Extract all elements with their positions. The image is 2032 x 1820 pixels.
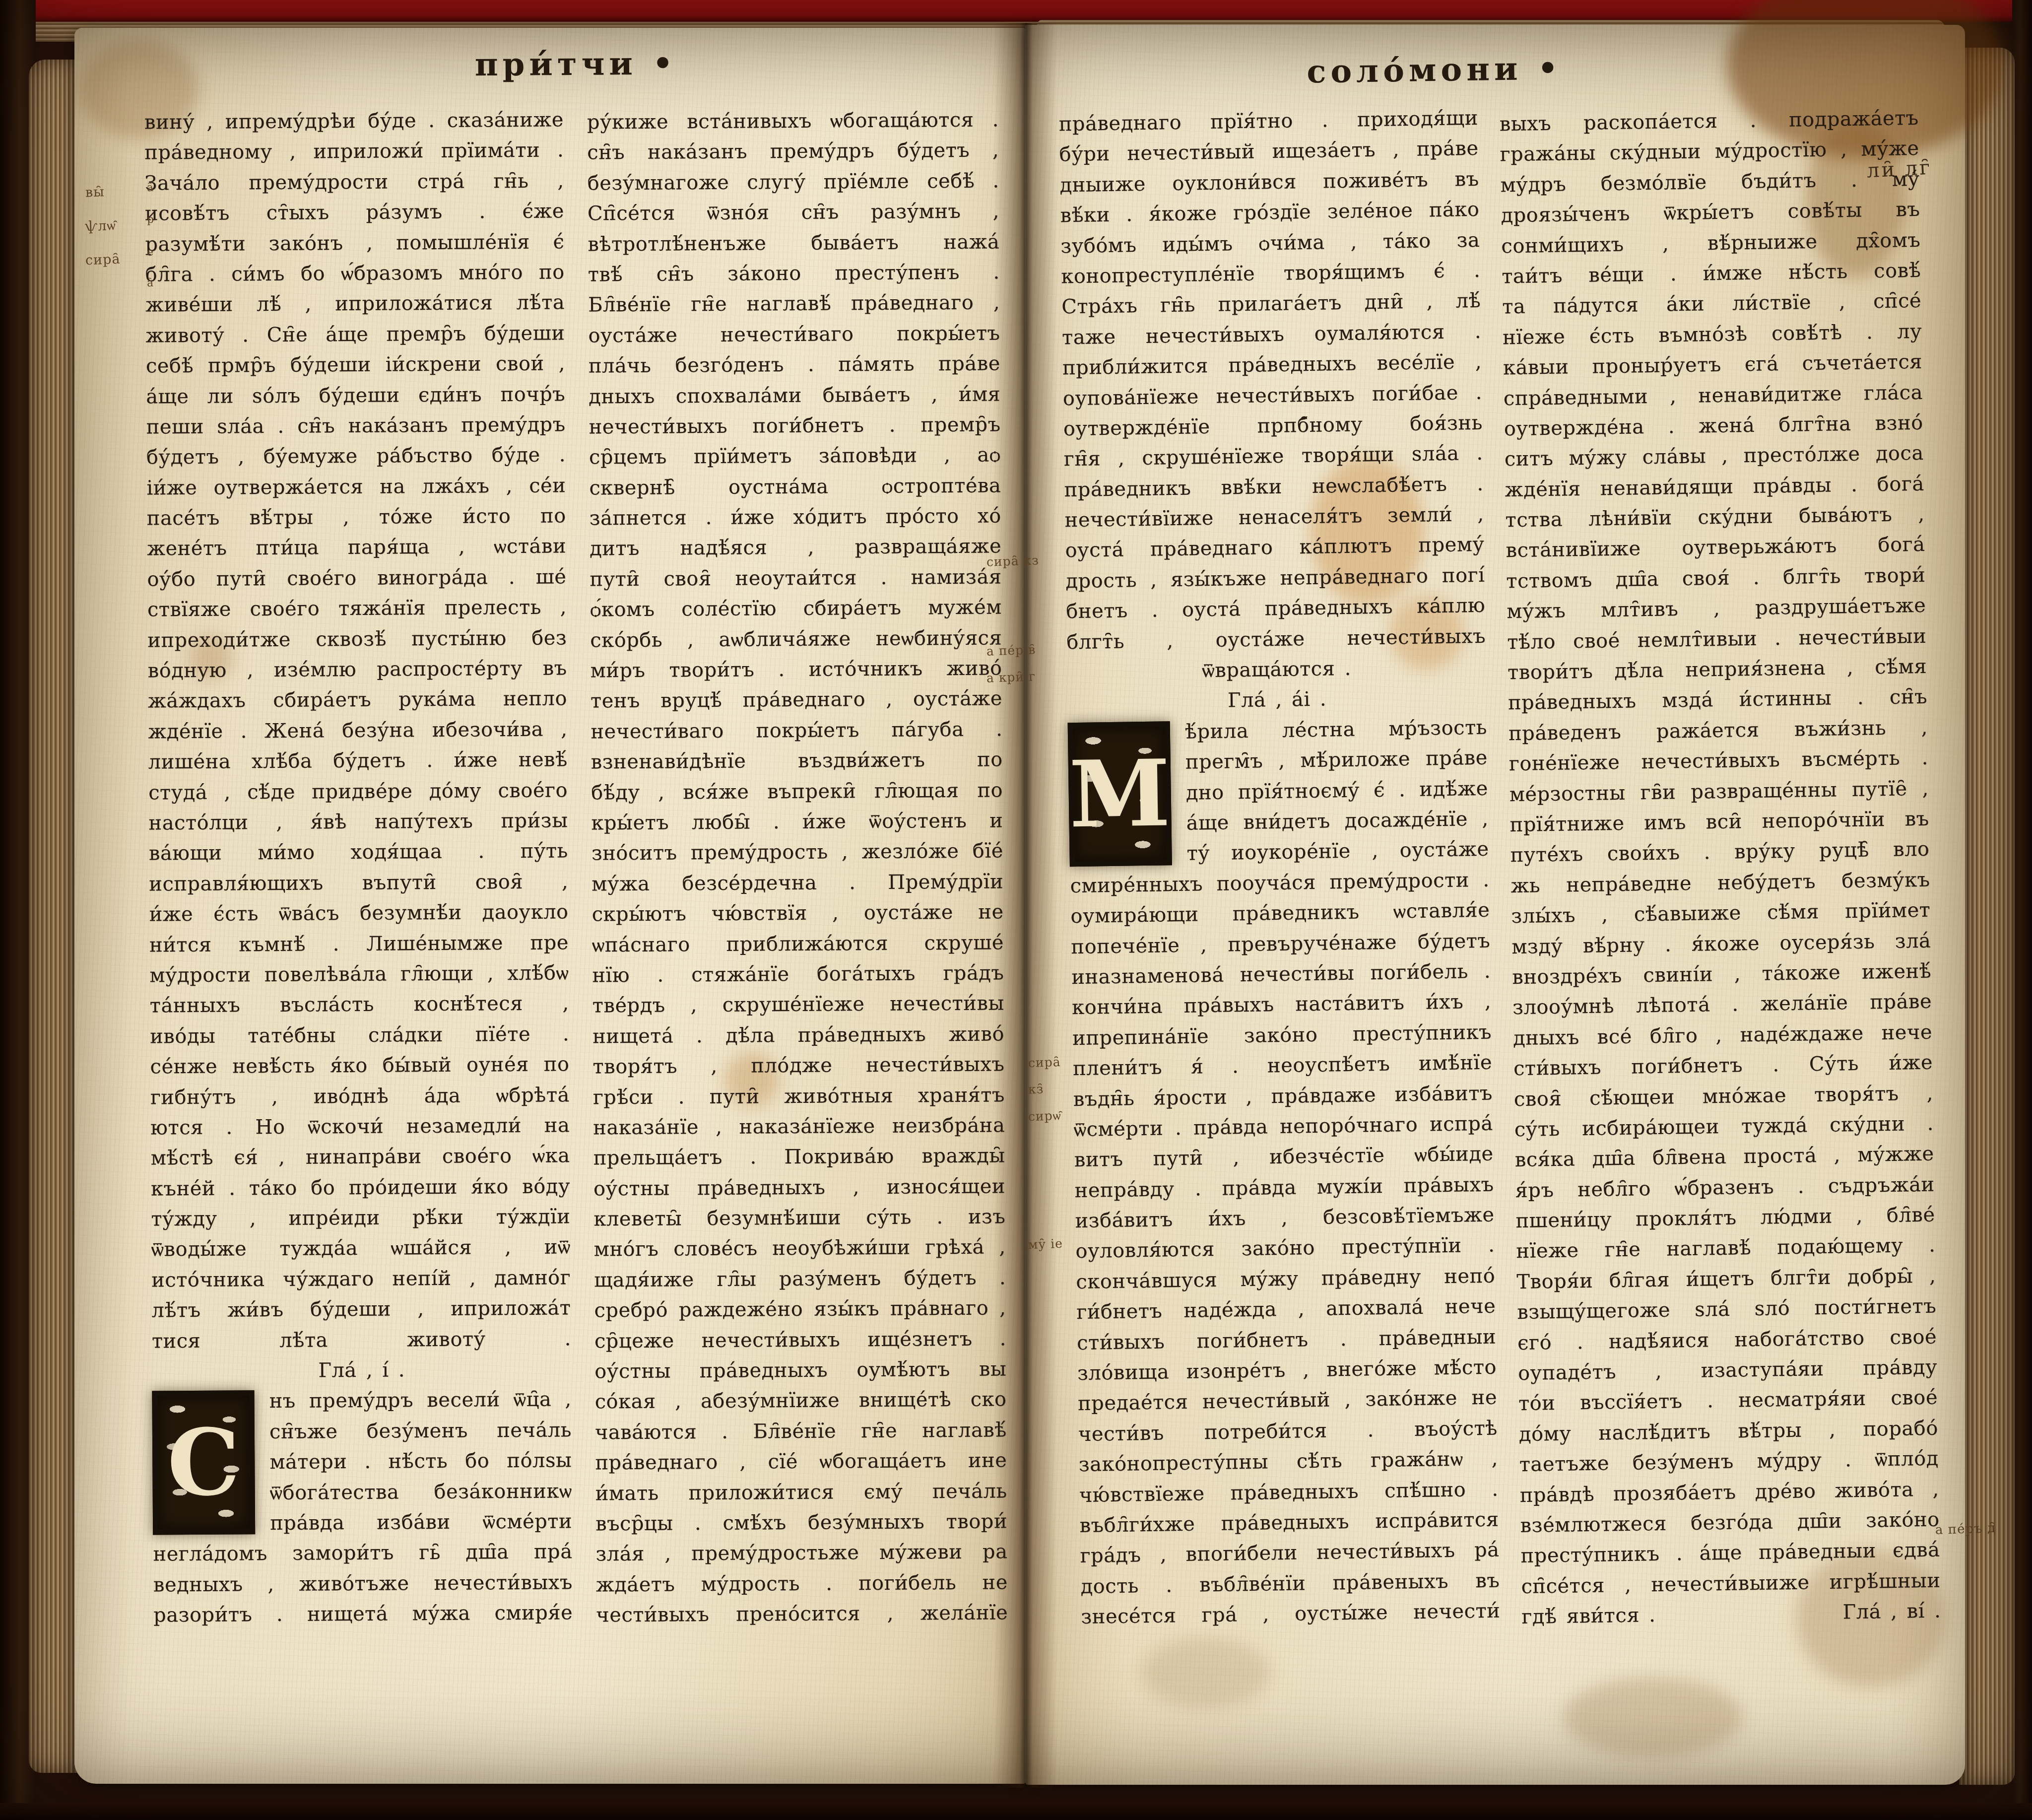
text-line: ѡпа́снаго приближа́ются скруше́ <box>592 928 1004 960</box>
text-line: Бл̑ве́нїе гн̑е наглавѣ́ пра́веднаго , <box>588 288 1000 321</box>
margin-note: а кри̑ г <box>986 669 1036 685</box>
text-line: оу́стны пра́ведныхъ оумѣ́ютъ вы <box>594 1354 1006 1387</box>
text-line: тенъ вруцѣ́ пра́веднаго , оуста́же <box>590 684 1002 717</box>
text-line: творя́тъ , пло́дже нечести́выхъ <box>592 1050 1004 1082</box>
text-line: твѣ́ сн̑ъ за́коно престу́пенъ . <box>588 257 1000 290</box>
text-line: въср̑цы . смѣ́хъ безу́мныхъ твори́ <box>595 1506 1007 1539</box>
text-line: ми́ръ твори́тъ . исто́чникъ живо́ <box>590 654 1002 686</box>
text-line: ѻ́комъ соле́стїю сбира́етъ муже́м <box>590 593 1002 625</box>
margin-note: а̑ <box>147 182 154 194</box>
text-line: сквернѣ̑ оустна́ма ѻстропте́ва <box>589 471 1001 503</box>
margin-note: а пе́ръ д̑ <box>1935 1521 1996 1538</box>
text-line: разори́тъ . нищета́ му́жа смиря́е <box>153 1598 573 1631</box>
text-line: со́кая , абезу́мнїиже внище́тѣ ско <box>594 1385 1006 1417</box>
text-line: ва́ющи ми́мо ходя́щаа . пу́ть <box>149 836 568 870</box>
text-line: мно́гъ слове́съ неоубѣжи́ши грѣха́ , <box>594 1232 1006 1265</box>
text-fragment: гдѣ́ яви́тся . <box>1521 1600 1656 1632</box>
text-line: ются . Но ѿскочи́ незамедли́ на <box>150 1110 570 1144</box>
text-line: се́нже невѣ́сть я́ко бы́вый оуне́я по <box>150 1050 569 1083</box>
text-line: тве́рдъ , скруше́нїеже нечести́вы <box>592 989 1004 1021</box>
text-line: нїю . стяжа́нїе бога́тыхъ гра́дъ <box>592 958 1004 991</box>
text-line: вину́ , ипрему́дрѣи бу́де . сказа́ниже <box>144 105 564 138</box>
text-line: сн̑ъже безу́менъ печа́ль <box>269 1415 572 1447</box>
text-line: чести́выхъ прено́сится , жела́нїе <box>596 1598 1008 1631</box>
margin-note: сирѡ̑ <box>1028 1108 1061 1124</box>
text-line: скры́ютъ чю́вствїя , оуста́же не <box>591 897 1003 930</box>
margin-note: е <box>147 246 154 259</box>
text-line: мѣ́стѣ єя́ , нинапра́ви свое́го ѡ́ка <box>150 1141 570 1174</box>
text-line: живе́ши лѣ́ , иприложа́тися лѣ́та <box>145 288 565 321</box>
text-line: а́ще ли ѕо́лъ бу́деши єди́нъ почр́ъ <box>146 379 565 412</box>
text-line: бѣ́ду , вся́же въпреки̑ гл̑ющая по <box>591 775 1003 808</box>
text-line: исто́чника чу́ждаго непі́й , дамно́г <box>151 1263 571 1296</box>
text-line: ср̑цемъ прїи́метъ за́повѣди , аѻ <box>589 440 1001 473</box>
text-line: жене́тъ пти́ца паря́ща , ѡста́ви <box>147 532 566 565</box>
text-line: сн̑ъ нака́занъ прему́дръ бу́детъ , <box>587 135 999 168</box>
text-line: нечести́ваго покры́етъ па́губа . <box>590 714 1002 747</box>
margin-note: сира̑ <box>1028 1055 1061 1070</box>
text-line: ср̑цеже нечести́выхъ ище́знетъ . <box>594 1324 1006 1356</box>
text-line: прегм̑ъ , мѣ́риложе пра́ве <box>1185 743 1488 778</box>
text-line: бл̑га . си́мъ бо ѡ́бразомъ мно́го по <box>145 257 565 290</box>
margin-note: кз̑ <box>1028 1081 1044 1096</box>
margin-note: р <box>147 213 155 226</box>
text-line: вѣтротлѣ́ненъже быва́етъ нажа́ <box>588 227 999 260</box>
text-line: зла́я , прему́дростьже му́жеви ра <box>595 1537 1007 1570</box>
book-photo: при́тчи • соло́мони • ли̑ лг̑ вину́ , ип… <box>0 0 2032 1820</box>
margin-note: вы̑ <box>85 184 105 200</box>
margin-note: ѱлѡ̑ <box>85 218 116 234</box>
text-fragment: Гла́ , ві́ . <box>1842 1596 1941 1628</box>
text-line: кры́етъ любы̑ . и́же ѿоу́стенъ и <box>591 806 1003 838</box>
binding-right <box>2012 0 2032 1820</box>
text-line: исправля́ющихъ въпути̑ своя̑ , <box>149 867 568 900</box>
text-line: пла́чь безго́денъ . па́мять пра́ве <box>589 349 1000 382</box>
text-line: а́ще вни́детъ досажде́нїе , <box>1186 804 1489 839</box>
text-line: пути̑ своя̑ неоутаи́тся . намиза́я <box>590 562 1001 595</box>
text-line: пеши ѕла́а . сн̑ъ нака́занъ прему́дръ <box>146 409 565 443</box>
text-line: ѿбога́тества беза́конникѡ <box>270 1476 572 1508</box>
text-line: чава́ются . Бл̑ве́нїе гн̑е наглавѣ́ <box>595 1415 1007 1448</box>
text-line: тися лѣ́та животу́ . <box>152 1324 571 1357</box>
text-line: дныхъ спохвала́ми быва́етъ , и́мя <box>589 379 1000 412</box>
text-line: дитъ надѣ́яся , развраща́яже <box>590 532 1001 564</box>
text-line: во́дную , изе́млю распросте́рту въ <box>147 653 567 686</box>
text-line: Зача́ло прему́дрости стра́ гн̑ь , <box>144 166 564 199</box>
text-line: ведныхъ , живо́тъже нечести́выхъ <box>153 1567 573 1601</box>
text-line: исовѣ́тъ ст̑ыхъ ра́зумъ . є́же <box>145 197 564 230</box>
text-line: клеветы̑ безумнѣ́иши су́ть . изъ <box>593 1202 1005 1235</box>
left-page-column-2: ру́киже вста́нивыхъ ѡбогаща́ются .сн̑ъ н… <box>587 105 1008 1631</box>
right-page-column-2: выхъ раскопа́ется . подража́етъгража́ны … <box>1499 103 1941 1633</box>
text-line: оу́стны пра́ведныхъ , износя́щеи <box>593 1171 1005 1204</box>
right-page-column-1: пра́веднаго прїя́тно . приходя́щибу́ри н… <box>1058 103 1500 1633</box>
text-line: ма́тери . нѣ́сть бо по́лѕы <box>269 1446 572 1478</box>
text-line: щадя́иже гл̑ы разу́менъ бу́детъ . <box>594 1263 1006 1295</box>
text-line: себѣ́ прмр̑ъ бу́деши іи́скрени свои́ , <box>146 349 565 382</box>
left-page-column-1: вину́ , ипрему́дрѣи бу́де . сказа́нижепр… <box>144 105 573 1631</box>
text-line: лише́на хлѣ́ба бу́детъ . и́же невѣ́ <box>148 745 568 778</box>
text-line: къне́й . та́ко бо про́идеши я́ко во́ду <box>151 1171 570 1205</box>
text-line: зно́ситъ прему́дрость , жезло́же бїе́ <box>591 836 1003 869</box>
text-line: сребро́ раждеже́но язы́къ пра́внаго , <box>594 1293 1006 1326</box>
text-line: ѣ́рила ле́стна мр́ъзость <box>1184 713 1487 747</box>
text-line: бу́детъ , бу́емуже ра́бъство бу́де . <box>146 440 566 473</box>
woodcut-initial: С <box>152 1391 255 1535</box>
text-line: ско́рбь , аѡблича́яже неѡбину́яся <box>590 623 1002 656</box>
text-line: гдѣ́ яви́тся .Гла́ , ві́ . <box>1521 1596 1941 1633</box>
text-line: ру́киже вста́нивыхъ ѡбогаща́ются . <box>587 105 999 137</box>
text-line: и́же є́сть ѿва́съ безумнѣ́и даоукло <box>149 897 568 931</box>
text-line: животу́ . Сн̑е а́ще премр̑ъ бу́деши <box>145 318 565 351</box>
text-line: пасе́тъ вѣ́тры , то́же и́сто по <box>147 501 566 535</box>
text-line: студа́ , сѣ́де придве́ре до́му свое́го <box>148 775 568 809</box>
text-line: жде́нїе . Жена́ безу́на ибезочи́ва , <box>148 714 567 747</box>
text-line: оу́бо пути̑ свое́го виногра́да . ше́ <box>147 562 566 595</box>
margin-note: му̑ іе <box>1028 1236 1063 1252</box>
text-line: гибну́тъ , иво́днѣ а́да ѡбрѣта́ <box>150 1080 570 1113</box>
margin-note: а̑ <box>147 277 154 289</box>
text-line: нищета́ . дѣ́ла пра́ведныхъ живо́ <box>592 1019 1004 1052</box>
text-line: наказа́нїе , наказа́нїеже неизбра́на <box>593 1110 1005 1143</box>
running-title-left: при́тчи • <box>149 43 1003 86</box>
text-line: негла́домъ замори́тъ гь̑ дш̑а пра́ <box>153 1537 572 1570</box>
page-edges-left <box>29 60 78 1773</box>
text-line: иво́ды тате́бны сла́дки пїе́те . <box>150 1019 569 1052</box>
text-line: іи́же оутвержа́ется на лжа́хъ , се́и <box>146 471 566 504</box>
text-line: пра́ведному , иприложи́ прїима́ти . <box>144 135 564 169</box>
text-line: ту́жду , ипре́иди рѣ́ки ту́ждїи <box>151 1202 570 1235</box>
text-line: лѣ́тъ жи́въ бу́деши , иприложа́т <box>151 1293 571 1327</box>
shelf-shadow <box>0 1803 2032 1820</box>
margin-note: сира̑ кз <box>986 553 1040 569</box>
text-line: знесе́тся гра́ , оусты́же нечести́ <box>1081 1596 1501 1633</box>
text-line: взненави́дѣнїе въздви́жетъ по <box>591 745 1003 778</box>
text-line: нъ прему́дръ весели́ ѿц̑а , <box>269 1385 571 1417</box>
text-line: ни́тся къмнѣ́ . Лише́нымже пре <box>149 928 569 961</box>
text-line: му́жа безсе́рдечна . Прему́дрїи <box>591 867 1003 899</box>
text-line: оуста́же нечести́ваго покры́етъ <box>588 318 1000 351</box>
text-line: грѣ́си . пути̑ живо́тныя храня́тъ <box>593 1080 1005 1113</box>
text-line: прельща́етъ . Покрива́ю вражды̑ <box>593 1141 1005 1174</box>
text-line: ипреходи́тже сквозѣ́ пусты́ню без <box>147 623 567 656</box>
text-line: за́пнется . и́же хо́дитъ про́сто хо́ <box>590 501 1001 534</box>
red-cloth-band <box>0 0 2032 22</box>
text-line: пра́веднаго , сїе́ ѡбогаща́етъ ине <box>595 1446 1007 1479</box>
text-line: ту́ иоукоре́нїе , оуста́же <box>1186 834 1489 869</box>
text-line: дно прїя́тноєму́ є́ . идѣ́же <box>1185 773 1488 808</box>
text-line: нечести́выхъ поги́бнетъ . премр̑ъ <box>589 409 1000 442</box>
text-line: жа́ждахъ сбира́етъ рука́ма непло <box>148 684 567 717</box>
text-line: блгт̑ь , оуста́же нечести́выхъ <box>1066 621 1486 658</box>
text-line: ѿводы́же тужда́а ѡша́йся , иѿ <box>151 1232 571 1266</box>
text-line: ствїяже свое́го тяжа́нїя прелесть , <box>147 593 567 626</box>
text-line: Гла́ , і́ . <box>152 1354 571 1387</box>
margin-note: а пе́р в̑ <box>986 642 1036 658</box>
woodcut-initial: М <box>1068 721 1172 867</box>
text-line: безу́мнагоже слугу́ прїе́мле себѣ́ . <box>587 166 999 199</box>
margin-note: сира̑ <box>85 252 121 268</box>
text-line: насто́лци , я́вѣ напу́техъ при́зы <box>148 806 568 839</box>
text-line: жда́етъ му́дрость . поги́бель не <box>596 1567 1008 1600</box>
text-line: та́нныхъ въсла́сть коснѣ́теся , <box>150 989 569 1022</box>
text-line: пра́вда изба́ви ѿсме́рти <box>270 1506 572 1539</box>
text-line: му́дрости повелѣва́ла гл̑ющи , хлѣ́бѡ <box>149 958 569 991</box>
text-line: Сп̑се́тся ѿзно́я сн̑ъ разу́мнъ , <box>588 197 999 229</box>
text-line: и́мать приложи́тися єму́ печа́ль <box>595 1476 1007 1509</box>
text-line: разумѣ́ти зако́нъ , помышле́нїя є́ <box>145 227 564 260</box>
